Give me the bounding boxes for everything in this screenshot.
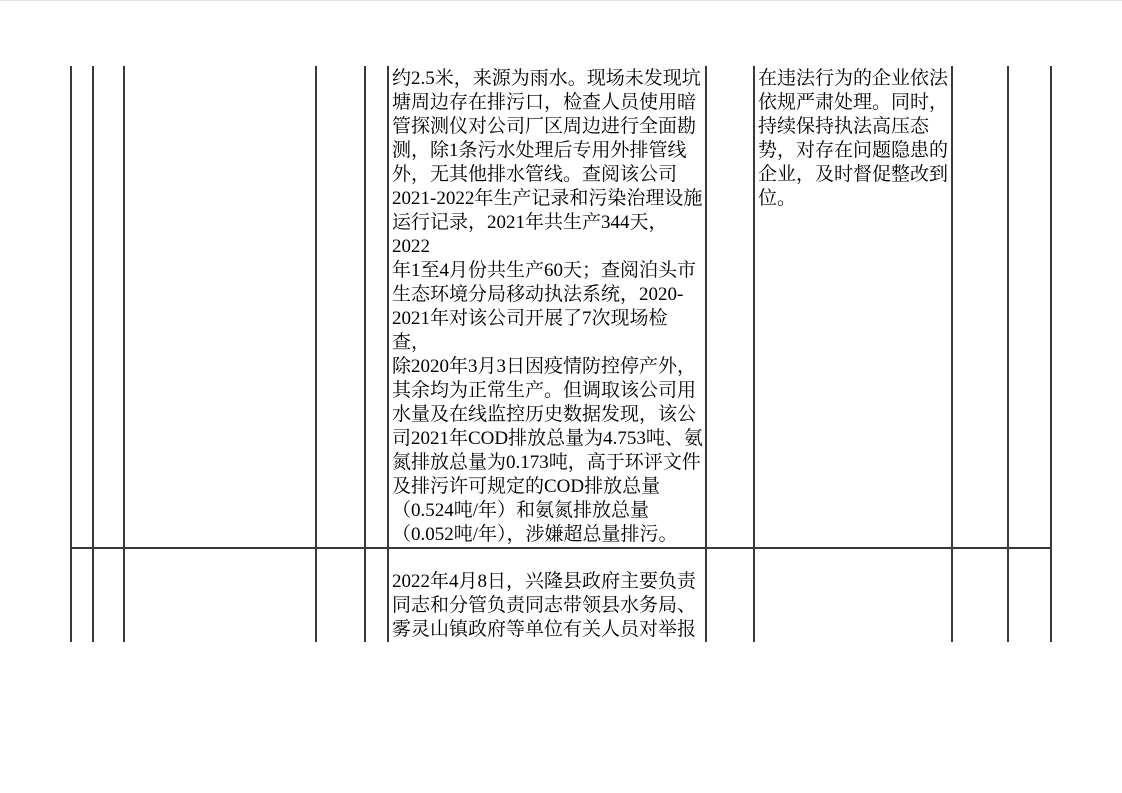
handling-measures-text: 在违法行为的企业依法 依规严肃处理。同时， 持续保持执法高压态 势，对存在问题隐… bbox=[755, 66, 951, 211]
table-cell bbox=[316, 548, 365, 642]
table-cell bbox=[71, 66, 93, 548]
screen-top-edge bbox=[0, 0, 1122, 1]
table-cell bbox=[316, 66, 365, 548]
table-cell bbox=[706, 66, 754, 548]
table-row-2: 2022年4月8日，兴隆县政府主要负责 同志和分管负责同志带领县水务局、 雾灵山… bbox=[71, 548, 1051, 642]
table-row-1: 约2.5米，来源为雨水。现场未发现坑 塘周边存在排污口，检查人员使用暗 管探测仪… bbox=[71, 66, 1051, 548]
handling-measures-cell: 在违法行为的企业依法 依规严肃处理。同时， 持续保持执法高压态 势，对存在问题隐… bbox=[754, 66, 952, 548]
table-cell bbox=[706, 548, 754, 642]
investigation-details-text: 约2.5米，来源为雨水。现场未发现坑 塘周边存在排污口，检查人员使用暗 管探测仪… bbox=[389, 66, 705, 547]
table-cell bbox=[93, 548, 124, 642]
table-cell bbox=[71, 548, 93, 642]
table-cell bbox=[754, 548, 952, 642]
table-cell bbox=[952, 66, 1008, 548]
document-page: 约2.5米，来源为雨水。现场未发现坑 塘周边存在排污口，检查人员使用暗 管探测仪… bbox=[0, 0, 1122, 793]
table-cell bbox=[124, 548, 316, 642]
inspection-table: 约2.5米，来源为雨水。现场未发现坑 塘周边存在排污口，检查人员使用暗 管探测仪… bbox=[70, 66, 1052, 642]
table-cell bbox=[93, 66, 124, 548]
table-cell bbox=[952, 548, 1008, 642]
table-cell bbox=[1008, 548, 1051, 642]
table-cell bbox=[365, 548, 388, 642]
investigation-details-cell: 2022年4月8日，兴隆县政府主要负责 同志和分管负责同志带领县水务局、 雾灵山… bbox=[388, 548, 706, 642]
investigation-details-cell: 约2.5米，来源为雨水。现场未发现坑 塘周边存在排污口，检查人员使用暗 管探测仪… bbox=[388, 66, 706, 548]
investigation-details-text: 2022年4月8日，兴隆县政府主要负责 同志和分管负责同志带领县水务局、 雾灵山… bbox=[389, 549, 705, 642]
table-cell bbox=[124, 66, 316, 548]
table-cell bbox=[365, 66, 388, 548]
table-cell bbox=[1008, 66, 1051, 548]
